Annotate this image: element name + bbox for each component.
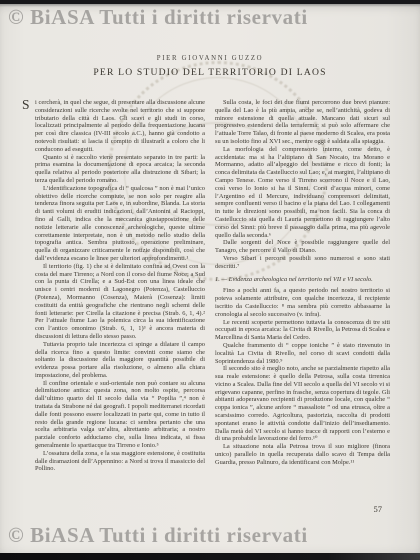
paragraph: L’ossatura della zona, e la sua maggiore…: [35, 450, 205, 473]
page-number: 57: [344, 504, 382, 514]
paragraph: Il territorio (fig. 1) che si è delimita…: [35, 263, 205, 341]
column-left: Si cercherà, in quel che segue, di prese…: [35, 99, 205, 473]
paragraph: L’identificazione topografica di “ qualc…: [35, 185, 205, 263]
paragraph: Sulla costa, le foci dei due fiumi perco…: [215, 99, 390, 146]
paragraph: Si cercherà, in quel che segue, di prese…: [35, 99, 205, 154]
text-columns: Si cercherà, in quel che segue, di prese…: [35, 99, 390, 473]
author-line: PIER GIOVANNI GUZZO: [0, 55, 420, 62]
page-title: PER LO STUDIO DEL TERRITORIO DI LAOS: [0, 67, 420, 78]
paragraph: La situazione nota alla Petrosa trova il…: [215, 443, 390, 466]
paragraph: La morfologia del comprensorio interno, …: [215, 146, 390, 240]
copyright-watermark-bottom: © BiASA Tutti i diritti riservati: [8, 523, 308, 548]
scan-edge-bottom: [0, 553, 420, 560]
paragraph: Quanto si è raccolto viene presentato se…: [35, 154, 205, 185]
paragraph: Fino a pochi anni fa, a questo periodo n…: [215, 287, 390, 318]
paragraph: Il confine orientale e sud-orientale non…: [35, 380, 205, 450]
dropcap-letter: S: [22, 99, 30, 112]
paragraph: Il secondo sito è meglio noto, anche se …: [215, 365, 390, 443]
paragraph: Qualche frammento di “ coppe ioniche ” è…: [215, 342, 390, 365]
paragraph: Dalle sorgenti del Noce è possibile ragg…: [215, 239, 390, 255]
paragraph-text: i cercherà, in quel che segue, di presen…: [35, 99, 205, 153]
column-right: Sulla costa, le foci dei due fiumi perco…: [215, 99, 390, 473]
copyright-watermark-top: © BiASA Tutti i diritti riservati: [8, 5, 308, 30]
paragraph: Le recenti scoperte permettono tuttavia …: [215, 319, 390, 342]
paragraph: Verso Sibari i percorsi possibili sono n…: [215, 255, 390, 271]
section-heading: 1. — Evidenza archeologica nel territori…: [215, 276, 390, 284]
scanned-page: © BiASA Tutti i diritti riservati PIER G…: [0, 0, 420, 560]
paragraph: Tuttavia proprio tale incertezza ci spin…: [35, 341, 205, 380]
